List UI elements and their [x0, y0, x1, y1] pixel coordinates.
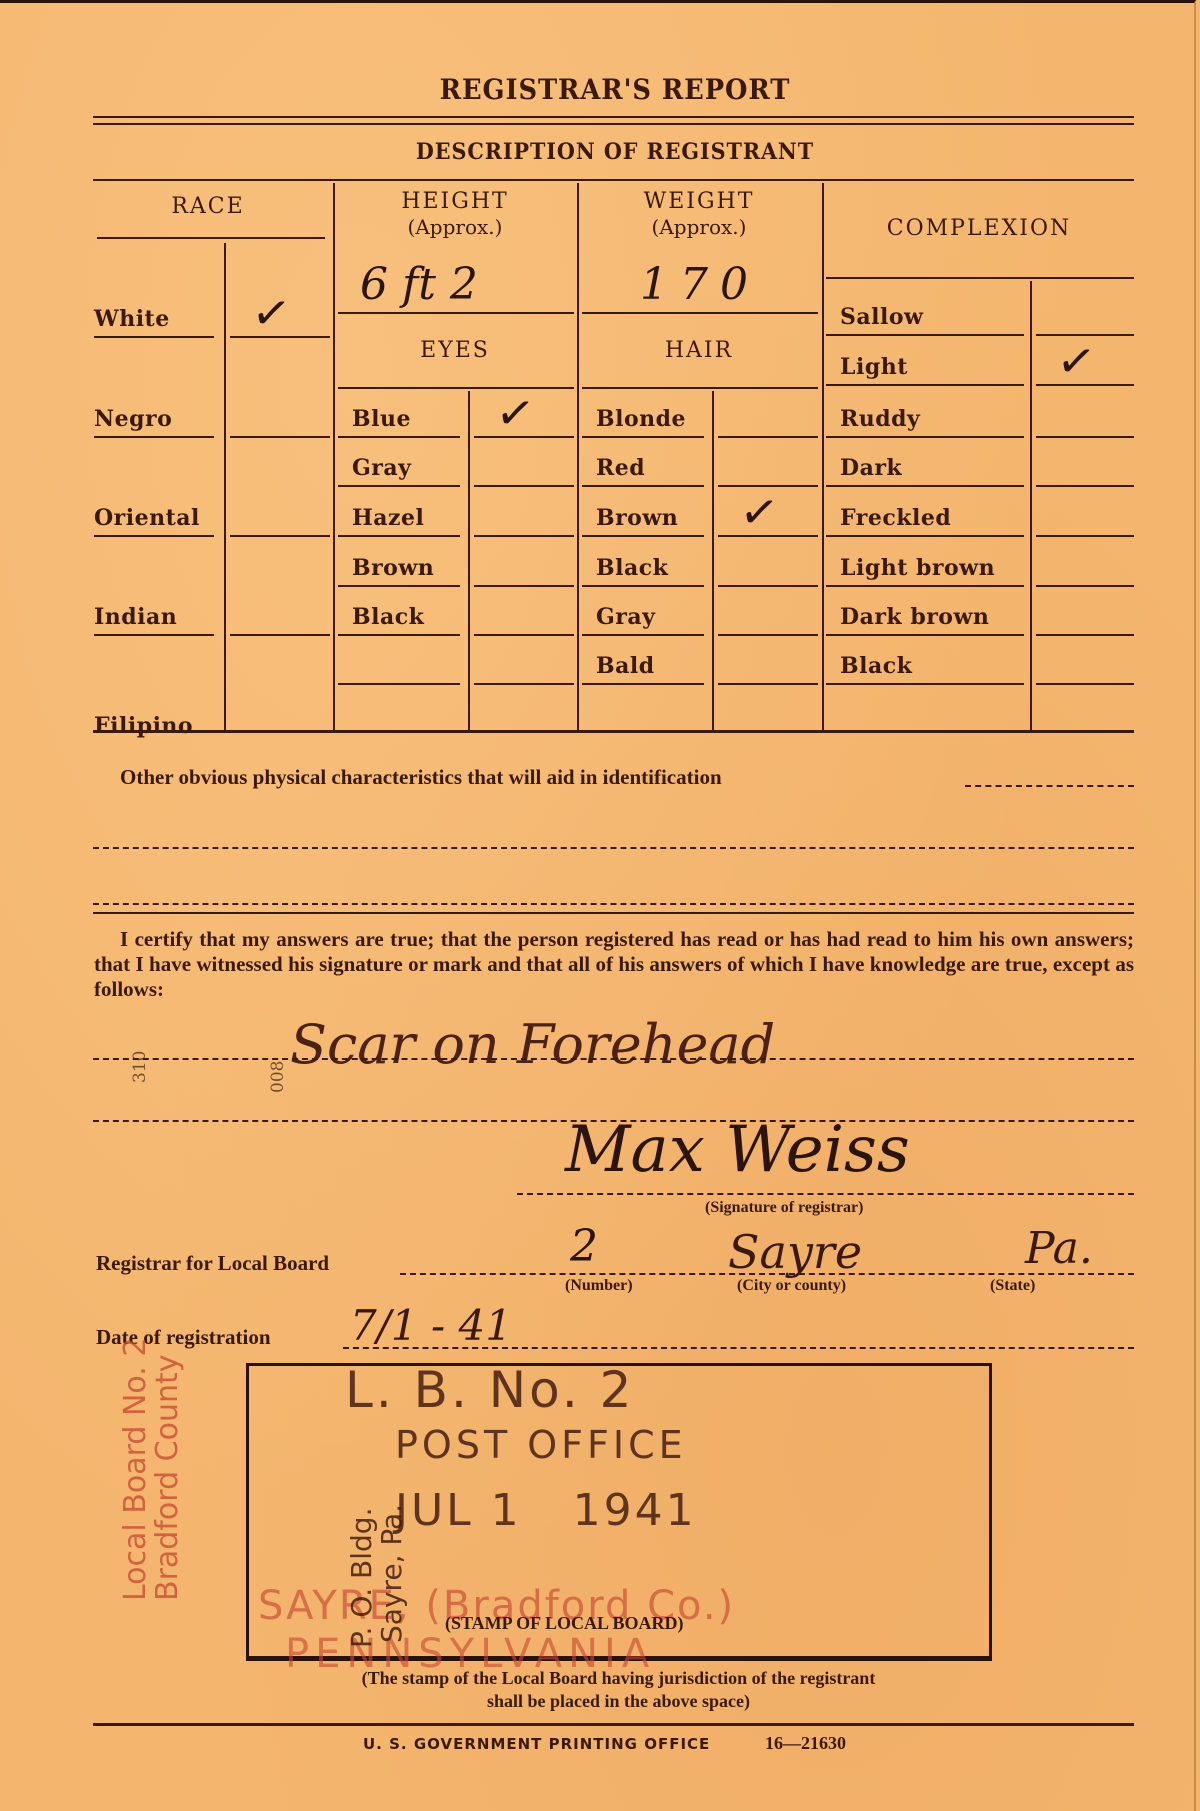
- form-title: REGISTRAR'S REPORT: [49, 73, 1181, 106]
- divider-weight-complexion: [822, 183, 824, 730]
- title-rule-top: [93, 116, 1134, 118]
- complexion-header-rule: [826, 277, 1134, 279]
- stamp-line-board: L. B. No. 2: [345, 1361, 634, 1419]
- hair-option-gray: Gray: [596, 604, 655, 630]
- complexion-option-ruddy: Ruddy: [840, 406, 920, 432]
- registration-date-value: 7/1 - 41: [350, 1301, 512, 1350]
- hair-label-rule: [582, 634, 704, 636]
- height-value: 6 ft 2: [360, 259, 478, 310]
- hair-checkbox-gray[interactable]: [718, 634, 818, 636]
- hair-header: HAIR: [579, 339, 819, 363]
- race-checkmark-icon: ✓: [248, 284, 294, 343]
- eyes-checkbox-hazel[interactable]: [474, 535, 574, 537]
- complexion-header: COMPLEXION: [824, 217, 1134, 241]
- eyes-header-rule: [338, 387, 574, 389]
- stamp-box-label: (STAMP OF LOCAL BOARD): [445, 1613, 684, 1634]
- section-rule: [93, 179, 1134, 181]
- eyes-blank-rule: [338, 683, 460, 685]
- eyes-label-rule: [338, 535, 460, 537]
- stamp-note-line2: shall be placed in the above space): [246, 1691, 991, 1712]
- complexion-label-rule: [826, 535, 1024, 537]
- eyes-checkbox-blank[interactable]: [474, 683, 574, 685]
- hair-option-red: Red: [596, 455, 645, 481]
- complexion-option-sallow: Sallow: [840, 304, 923, 330]
- eyes-check-divider: [468, 391, 470, 730]
- divider-height-weight: [577, 183, 579, 730]
- complexion-label-rule: [826, 334, 1024, 336]
- eyes-label-rule: [338, 585, 460, 587]
- complexion-label-rule: [826, 436, 1024, 438]
- eyes-label-rule: [338, 485, 460, 487]
- exception-value: Scar on Forehead: [290, 1013, 775, 1076]
- hair-label-rule: [582, 485, 704, 487]
- complexion-checkbox-dark-brown[interactable]: [1036, 634, 1134, 636]
- race-checkbox-negro[interactable]: [230, 436, 330, 438]
- number-caption: (Number): [565, 1277, 633, 1295]
- weight-header: WEIGHT: [579, 190, 819, 214]
- signature-line[interactable]: [517, 1193, 1134, 1195]
- table-bottom-rule: [93, 730, 1134, 733]
- race-label-rule: [94, 336, 214, 338]
- stamp-line-office: POST OFFICE: [395, 1423, 687, 1467]
- complexion-option-dark-brown: Dark brown: [840, 604, 989, 630]
- race-checkbox-indian[interactable]: [230, 634, 330, 636]
- weight-value: 170: [640, 259, 760, 310]
- complexion-option-black: Black: [840, 653, 912, 679]
- certification-rule: [93, 912, 1134, 914]
- complexion-label-rule: [826, 683, 1024, 685]
- complexion-label-rule: [826, 485, 1024, 487]
- eyes-option-black: Black: [352, 604, 424, 630]
- hair-check-divider: [712, 391, 714, 730]
- hair-checkmark-icon: ✓: [736, 483, 782, 542]
- race-label-rule: [94, 436, 214, 438]
- complexion-option-freckled: Freckled: [840, 505, 951, 531]
- race-checkbox-oriental[interactable]: [230, 535, 330, 537]
- other-characteristics-label: Other obvious physical characteristics t…: [120, 765, 722, 790]
- stamp-vertical-po-bldg: P. O. Bldg.: [345, 1508, 378, 1648]
- height-approx: (Approx.): [335, 215, 575, 239]
- height-value-rule: [338, 312, 574, 314]
- stamp-note-line1: (The stamp of the Local Board having jur…: [246, 1668, 991, 1689]
- footer-rule: [93, 1723, 1134, 1726]
- race-option-filipino: Filipino: [94, 713, 193, 739]
- stamp-vertical-sayre: Sayre, Pa.: [375, 1504, 408, 1643]
- hair-label-rule: [582, 585, 704, 587]
- other-line-3[interactable]: [93, 903, 1134, 905]
- hair-label-rule: [582, 683, 704, 685]
- eyes-label-rule: [338, 436, 460, 438]
- eyes-checkbox-black[interactable]: [474, 634, 574, 636]
- title-rule-bottom: [93, 123, 1134, 125]
- eyes-option-blue: Blue: [352, 406, 411, 432]
- margin-mark-2: 008: [268, 1061, 288, 1093]
- hair-option-blonde: Blonde: [596, 406, 686, 432]
- complexion-check-divider: [1030, 281, 1032, 730]
- race-check-divider: [224, 243, 226, 730]
- race-header-rule: [97, 237, 325, 239]
- city-caption: (City or county): [737, 1277, 846, 1295]
- complexion-label-rule: [826, 634, 1024, 636]
- eyes-option-gray: Gray: [352, 455, 411, 481]
- complexion-checkbox-black[interactable]: [1036, 683, 1134, 685]
- complexion-option-dark: Dark: [840, 455, 902, 481]
- eyes-option-brown: Brown: [352, 555, 434, 581]
- hair-label-rule: [582, 535, 704, 537]
- complexion-checkbox-ruddy[interactable]: [1036, 436, 1134, 438]
- complexion-option-light: Light: [840, 354, 908, 380]
- other-line-2[interactable]: [93, 847, 1134, 849]
- eyes-label-rule: [338, 634, 460, 636]
- stamp-date: JUL 1 1941: [395, 1485, 697, 1536]
- race-option-indian: Indian: [94, 604, 177, 630]
- registrar-signature: Max Weiss: [565, 1113, 910, 1187]
- hair-checkbox-black[interactable]: [718, 585, 818, 587]
- form-number: 16—21630: [765, 1733, 846, 1754]
- race-option-oriental: Oriental: [94, 505, 200, 531]
- printer-credit: U. S. GOVERNMENT PRINTING OFFICE: [363, 1735, 710, 1753]
- registrar-label: Registrar for Local Board: [96, 1251, 329, 1276]
- eyes-checkbox-gray[interactable]: [474, 485, 574, 487]
- weight-approx: (Approx.): [579, 215, 819, 239]
- complexion-label-rule: [826, 585, 1024, 587]
- certification-text: I certify that my answers are true; that…: [94, 927, 1134, 1002]
- registrar-city: Sayre: [728, 1225, 862, 1279]
- eyes-option-hazel: Hazel: [352, 505, 424, 531]
- race-option-negro: Negro: [94, 406, 172, 432]
- hair-option-bald: Bald: [596, 653, 655, 679]
- margin-stamp-line1: Local Board No. 2: [118, 1338, 153, 1601]
- hair-option-black: Black: [596, 555, 668, 581]
- section-title: DESCRIPTION OF REGISTRANT: [37, 139, 1193, 165]
- margin-stamp-line2: Bradford County: [150, 1355, 185, 1602]
- complexion-checkbox-freckled[interactable]: [1036, 535, 1134, 537]
- hair-option-brown: Brown: [596, 505, 678, 531]
- hair-checkbox-bald[interactable]: [718, 683, 818, 685]
- complexion-checkbox-light-brown[interactable]: [1036, 585, 1134, 587]
- eyes-checkbox-brown[interactable]: [474, 585, 574, 587]
- race-label-rule: [94, 535, 214, 537]
- exception-line-1[interactable]: [93, 1058, 1134, 1060]
- other-line-1[interactable]: [965, 785, 1134, 787]
- hair-header-rule: [582, 387, 818, 389]
- registrar-number: 2: [570, 1221, 598, 1272]
- complexion-label-rule: [826, 384, 1024, 386]
- height-header: HEIGHT: [335, 190, 575, 214]
- race-option-white: White: [94, 306, 170, 332]
- divider-race-height: [333, 183, 335, 730]
- registrar-state: Pa.: [1025, 1223, 1093, 1274]
- state-caption: (State): [990, 1277, 1035, 1295]
- signature-caption: (Signature of registrar): [705, 1199, 863, 1217]
- complexion-option-light-brown: Light brown: [840, 555, 995, 581]
- complexion-checkmark-icon: ✓: [1053, 332, 1099, 391]
- margin-mark-1: 310: [130, 1051, 150, 1083]
- race-label-rule: [94, 634, 214, 636]
- complexion-checkbox-dark[interactable]: [1036, 485, 1134, 487]
- registration-card: REGISTRAR'S REPORT DESCRIPTION OF REGIST…: [0, 0, 1196, 1811]
- weight-value-rule: [582, 312, 818, 314]
- hair-checkbox-blonde[interactable]: [718, 436, 818, 438]
- eyes-checkmark-icon: ✓: [492, 384, 538, 443]
- race-header: RACE: [93, 195, 323, 219]
- eyes-header: EYES: [335, 339, 575, 363]
- hair-label-rule: [582, 436, 704, 438]
